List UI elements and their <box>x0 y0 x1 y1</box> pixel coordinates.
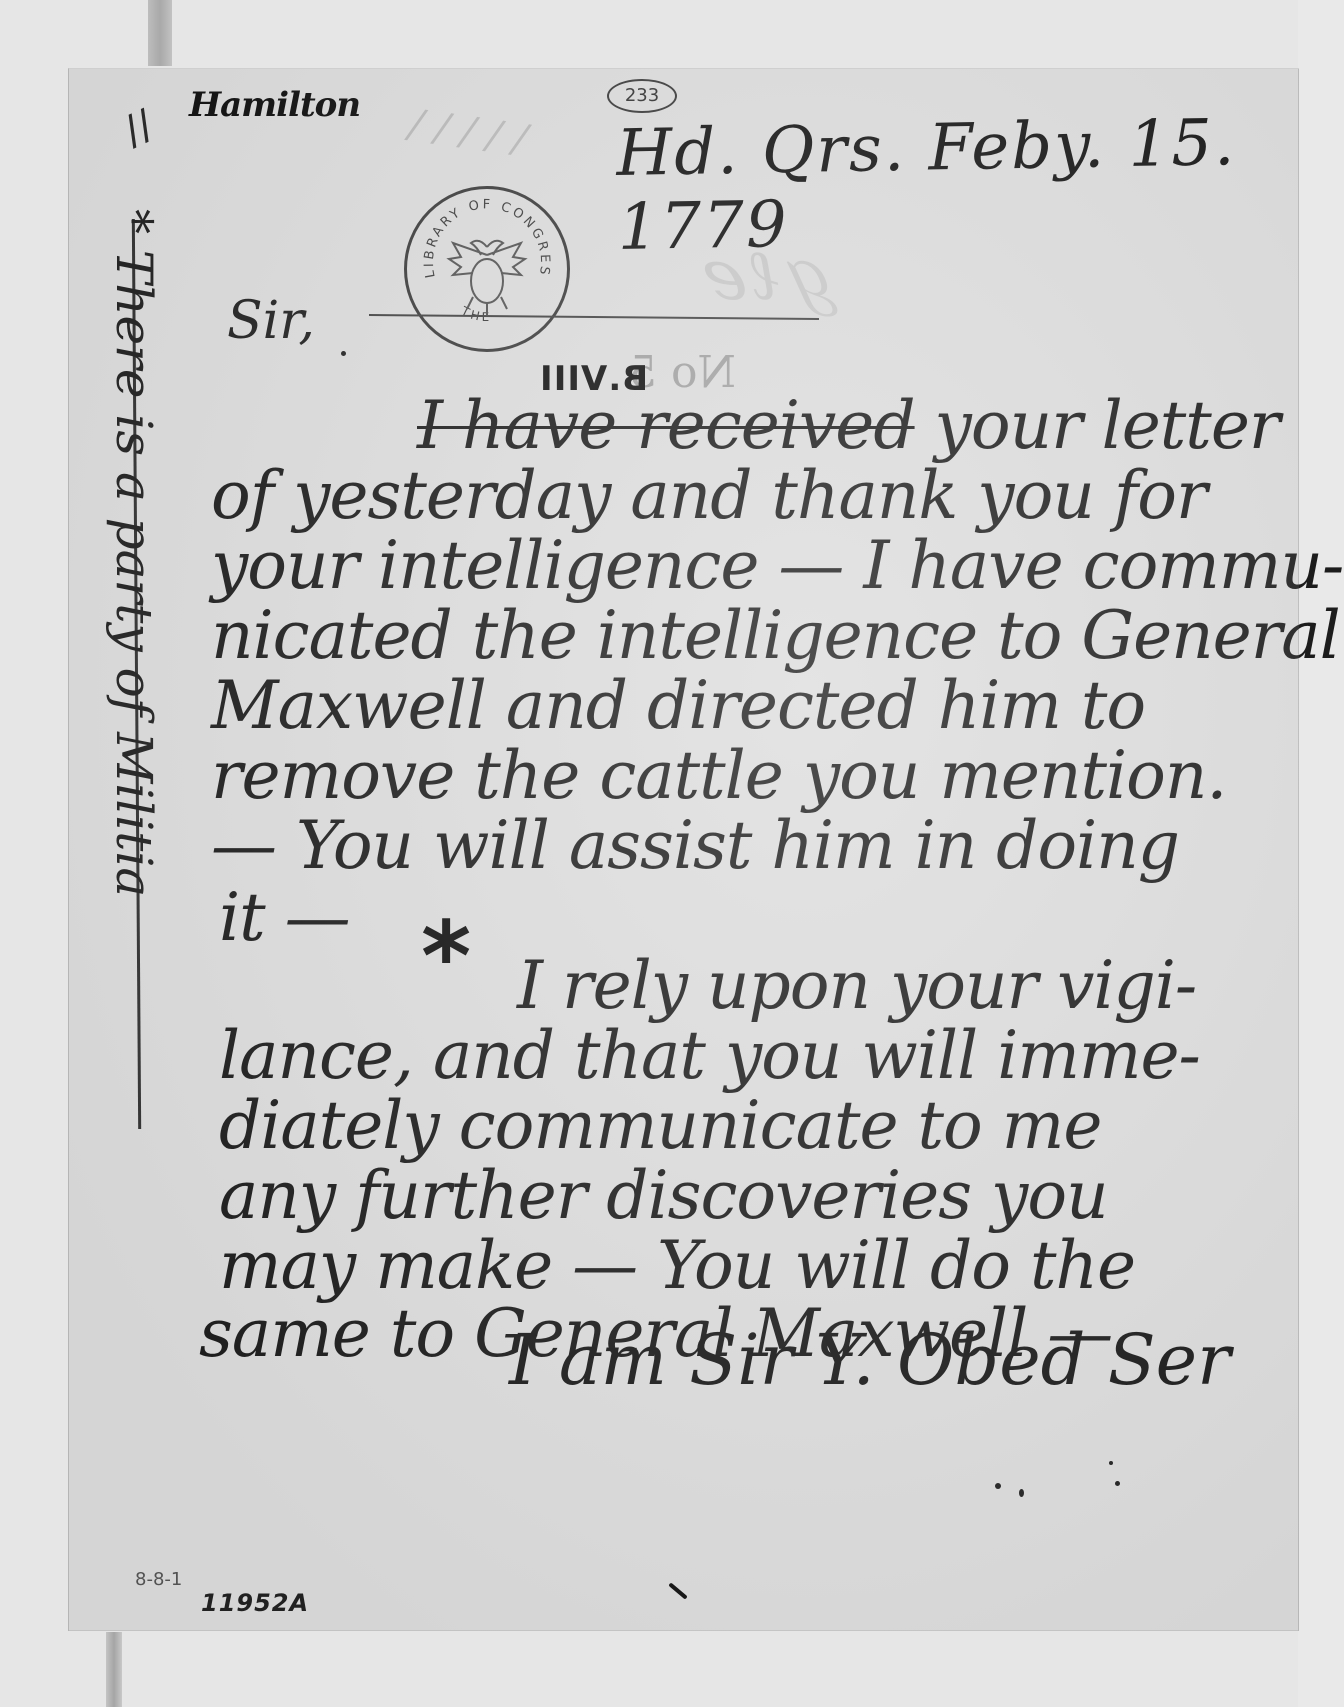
body-line-1-rest: your letter <box>915 387 1280 464</box>
body-line-2: of yesterday and thank you for <box>211 457 1207 534</box>
bleed-through-marks: / / / / / <box>406 101 530 163</box>
body-line-6: remove the cattle you mention. <box>211 737 1226 814</box>
svg-text:LIBRARY OF CONGRESS: LIBRARY OF CONGRESS <box>407 189 552 279</box>
bleed-through-flourish: ℊℓℯ <box>709 219 850 320</box>
body-line-5: Maxwell and directed him to <box>211 667 1145 744</box>
body-line-12: any further discoveries you <box>219 1157 1108 1234</box>
struck-text: I have received <box>417 387 915 464</box>
background-margin <box>1298 0 1344 1707</box>
mount-strip-top <box>148 0 172 66</box>
catalog-id: 11952A <box>201 1589 309 1617</box>
closing-signature: I am Sir Y. Obed Ser <box>509 1319 1231 1401</box>
body-line-8: it — <box>219 879 350 956</box>
manuscript-page: // Hamilton 233 / / / / / Hd. Qrs. Feby.… <box>68 68 1299 1631</box>
salutation: Sir, <box>227 291 315 351</box>
library-stamp: LIBRARY OF CONGRESS THE <box>404 186 570 352</box>
body-line-3: your intelligence — I have commu- <box>211 527 1343 604</box>
body-line-1: I have received your letter <box>417 387 1279 464</box>
insertion-asterisk-icon: * <box>421 909 471 1005</box>
catalog-reference: 8-8-1 <box>135 1569 182 1590</box>
margin-tick-mark: // <box>117 101 161 154</box>
body-line-7: — You will assist him in doing <box>211 807 1179 884</box>
eagle-emblem-icon: LIBRARY OF CONGRESS THE <box>407 189 567 349</box>
folio-number: 233 <box>607 79 677 113</box>
docket-name: Hamilton <box>189 85 360 125</box>
margin-note: * There is a party of Militia <box>103 209 163 1089</box>
mount-strip-bottom <box>106 1632 122 1707</box>
body-line-9: I rely upon your vigi- <box>517 947 1196 1024</box>
body-line-10: lance, and that you will imme- <box>219 1017 1200 1094</box>
body-line-11: diately communicate to me <box>219 1087 1101 1164</box>
body-line-13: may make — You will do the <box>219 1227 1135 1304</box>
body-line-4: nicated the intelligence to General <box>211 597 1340 674</box>
stray-ink-mark <box>668 1582 687 1599</box>
